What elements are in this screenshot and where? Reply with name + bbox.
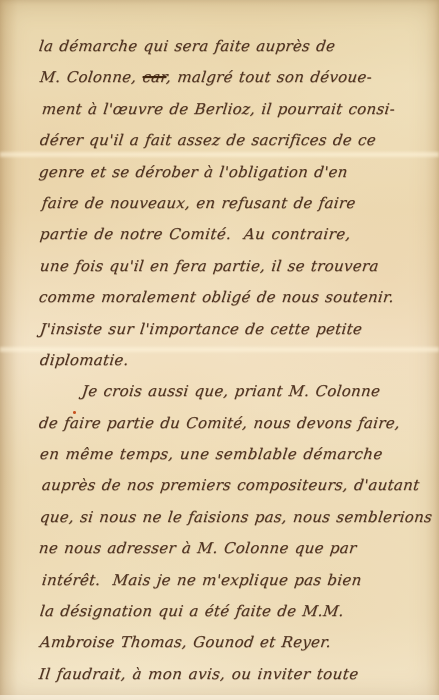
letter-line: Je crois aussi que, priant M. Colonne	[40, 376, 433, 407]
letter-line: J'insiste sur l'importance de cette peti…	[38, 314, 433, 345]
paper-bottom-edge	[0, 695, 439, 700]
letter-line: dérer qu'il a fait assez de sacrifices d…	[38, 125, 433, 156]
letter-line: comme moralement obligé de nous soutenir…	[37, 282, 433, 313]
letter-line: en même temps, une semblable démarche	[38, 439, 433, 470]
line-segment: , malgré tout son dévoue-	[165, 68, 373, 86]
strikethrough-word: car	[141, 68, 167, 86]
letter-line: la désignation qui a été faite de M.M.	[38, 596, 433, 627]
letter-line: ment à l'œuvre de Berlioz, il pourrait c…	[40, 94, 433, 125]
letter-line: partie de notre Comité. Au contraire,	[38, 219, 433, 250]
letter-line: Ambroise Thomas, Gounod et Reyer.	[38, 627, 433, 658]
letter-line: de faire partie du Comité, nous devons f…	[37, 408, 433, 439]
letter-line: M. Colonne, car, malgré tout son dévoue-	[38, 62, 433, 93]
letter-line: diplomatie.	[38, 345, 433, 376]
line-segment: M. Colonne,	[39, 68, 144, 86]
letter-line: que, si nous ne le faisions pas, nous se…	[38, 502, 433, 533]
letter-line: intérêt. Mais je ne m'explique pas bien	[40, 565, 433, 596]
letter-line: genre et se dérober à l'obligation d'en	[37, 157, 433, 188]
letter-line: une fois qu'il en fera partie, il se tro…	[38, 251, 433, 282]
letter-line: faire de nouveaux, en refusant de faire	[40, 188, 433, 219]
letter-text: la démarche qui sera faite auprès de M. …	[38, 31, 429, 690]
letter-line: Il faudrait, à mon avis, ou inviter tout…	[37, 659, 433, 690]
letter-line: auprès de nos premiers compositeurs, d'a…	[40, 470, 433, 501]
letter-line: ne nous adresser à M. Colonne que par	[37, 533, 433, 564]
letter-line: la démarche qui sera faite auprès de	[37, 31, 433, 62]
letter-page: la démarche qui sera faite auprès de M. …	[0, 0, 439, 700]
